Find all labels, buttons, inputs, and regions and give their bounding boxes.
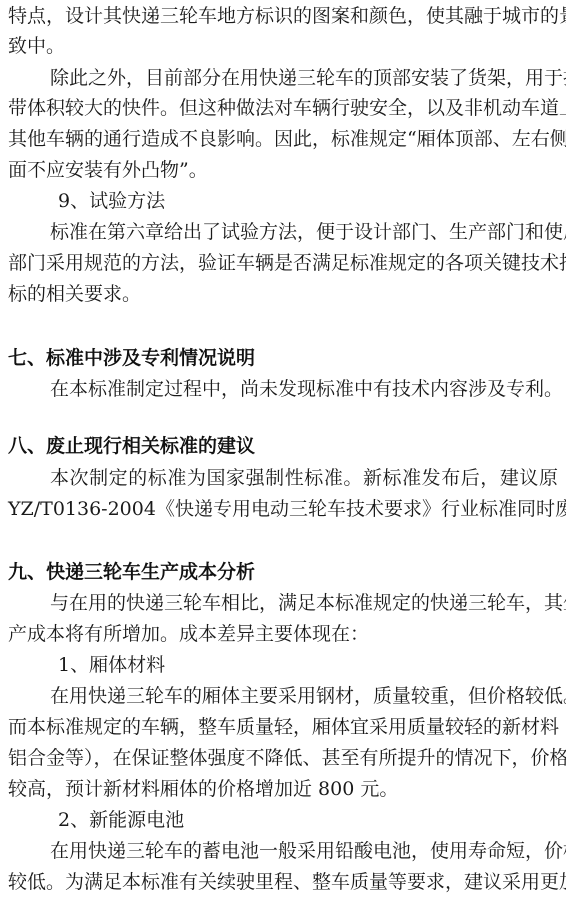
subsection-heading: 2、新能源电池 [8,808,558,832]
paragraph-line: 特点，设计其快递三轮车地方标识的图案和颜色，使其融于城市的景 [8,4,558,28]
paragraph-line: 标的相关要求。 [8,282,558,306]
section-heading: 九、快递三轮车生产成本分析 [8,560,558,584]
paragraph-line: 铝合金等），在保证整体强度不降低、甚至有所提升的情况下，价格 [8,746,558,770]
paragraph-line: 在本标准制定过程中，尚未发现标准中有技术内容涉及专利。 [8,377,558,401]
paragraph-line: 部门采用规范的方法，验证车辆是否满足标准规定的各项关键技术指 [8,251,558,275]
paragraph-line: 本次制定的标准为国家强制性标准。新标准发布后，建议原 [8,466,558,490]
paragraph-line: 产成本将有所增加。成本差异主要体现在： [8,622,558,646]
paragraph-line: 其他车辆的通行造成不良影响。因此，标准规定“厢体顶部、左右侧 [8,127,558,151]
paragraph-line: 带体积较大的快件。但这种做法对车辆行驶安全，以及非机动车道上 [8,96,558,120]
section-heading: 八、废止现行相关标准的建议 [8,434,558,458]
paragraph-line: 标准在第六章给出了试验方法，便于设计部门、生产部门和使用 [8,220,558,244]
paragraph-line: 在用快递三轮车的蓄电池一般采用铅酸电池，使用寿命短，价格 [8,839,558,863]
paragraph-line: 而本标准规定的车辆，整车质量轻，厢体宜采用质量较轻的新材料（如 [8,715,558,739]
paragraph-line: 较高，预计新材料厢体的价格增加近 800 元。 [8,777,558,801]
paragraph-line: 与在用的快递三轮车相比，满足本标准规定的快递三轮车，其生 [8,591,558,615]
paragraph-line: 面不应安装有外凸物”。 [8,158,558,182]
paragraph-line: 致中。 [8,34,558,58]
section-heading: 七、标准中涉及专利情况说明 [8,346,558,370]
paragraph-line: 除此之外，目前部分在用快递三轮车的顶部安装了货架，用于携 [8,66,558,90]
paragraph-line: 较低。为满足本标准有关续驶里程、整车质量等要求，建议采用更加 [8,870,558,894]
subsection-heading: 1、厢体材料 [8,653,558,677]
subsection-heading: 9、试验方法 [8,189,558,213]
paragraph-line: 在用快递三轮车的厢体主要采用钢材，质量较重，但价格较低。 [8,684,558,708]
paragraph-line: YZ/T0136-2004《快递专用电动三轮车技术要求》行业标准同时废止。 [8,497,558,521]
